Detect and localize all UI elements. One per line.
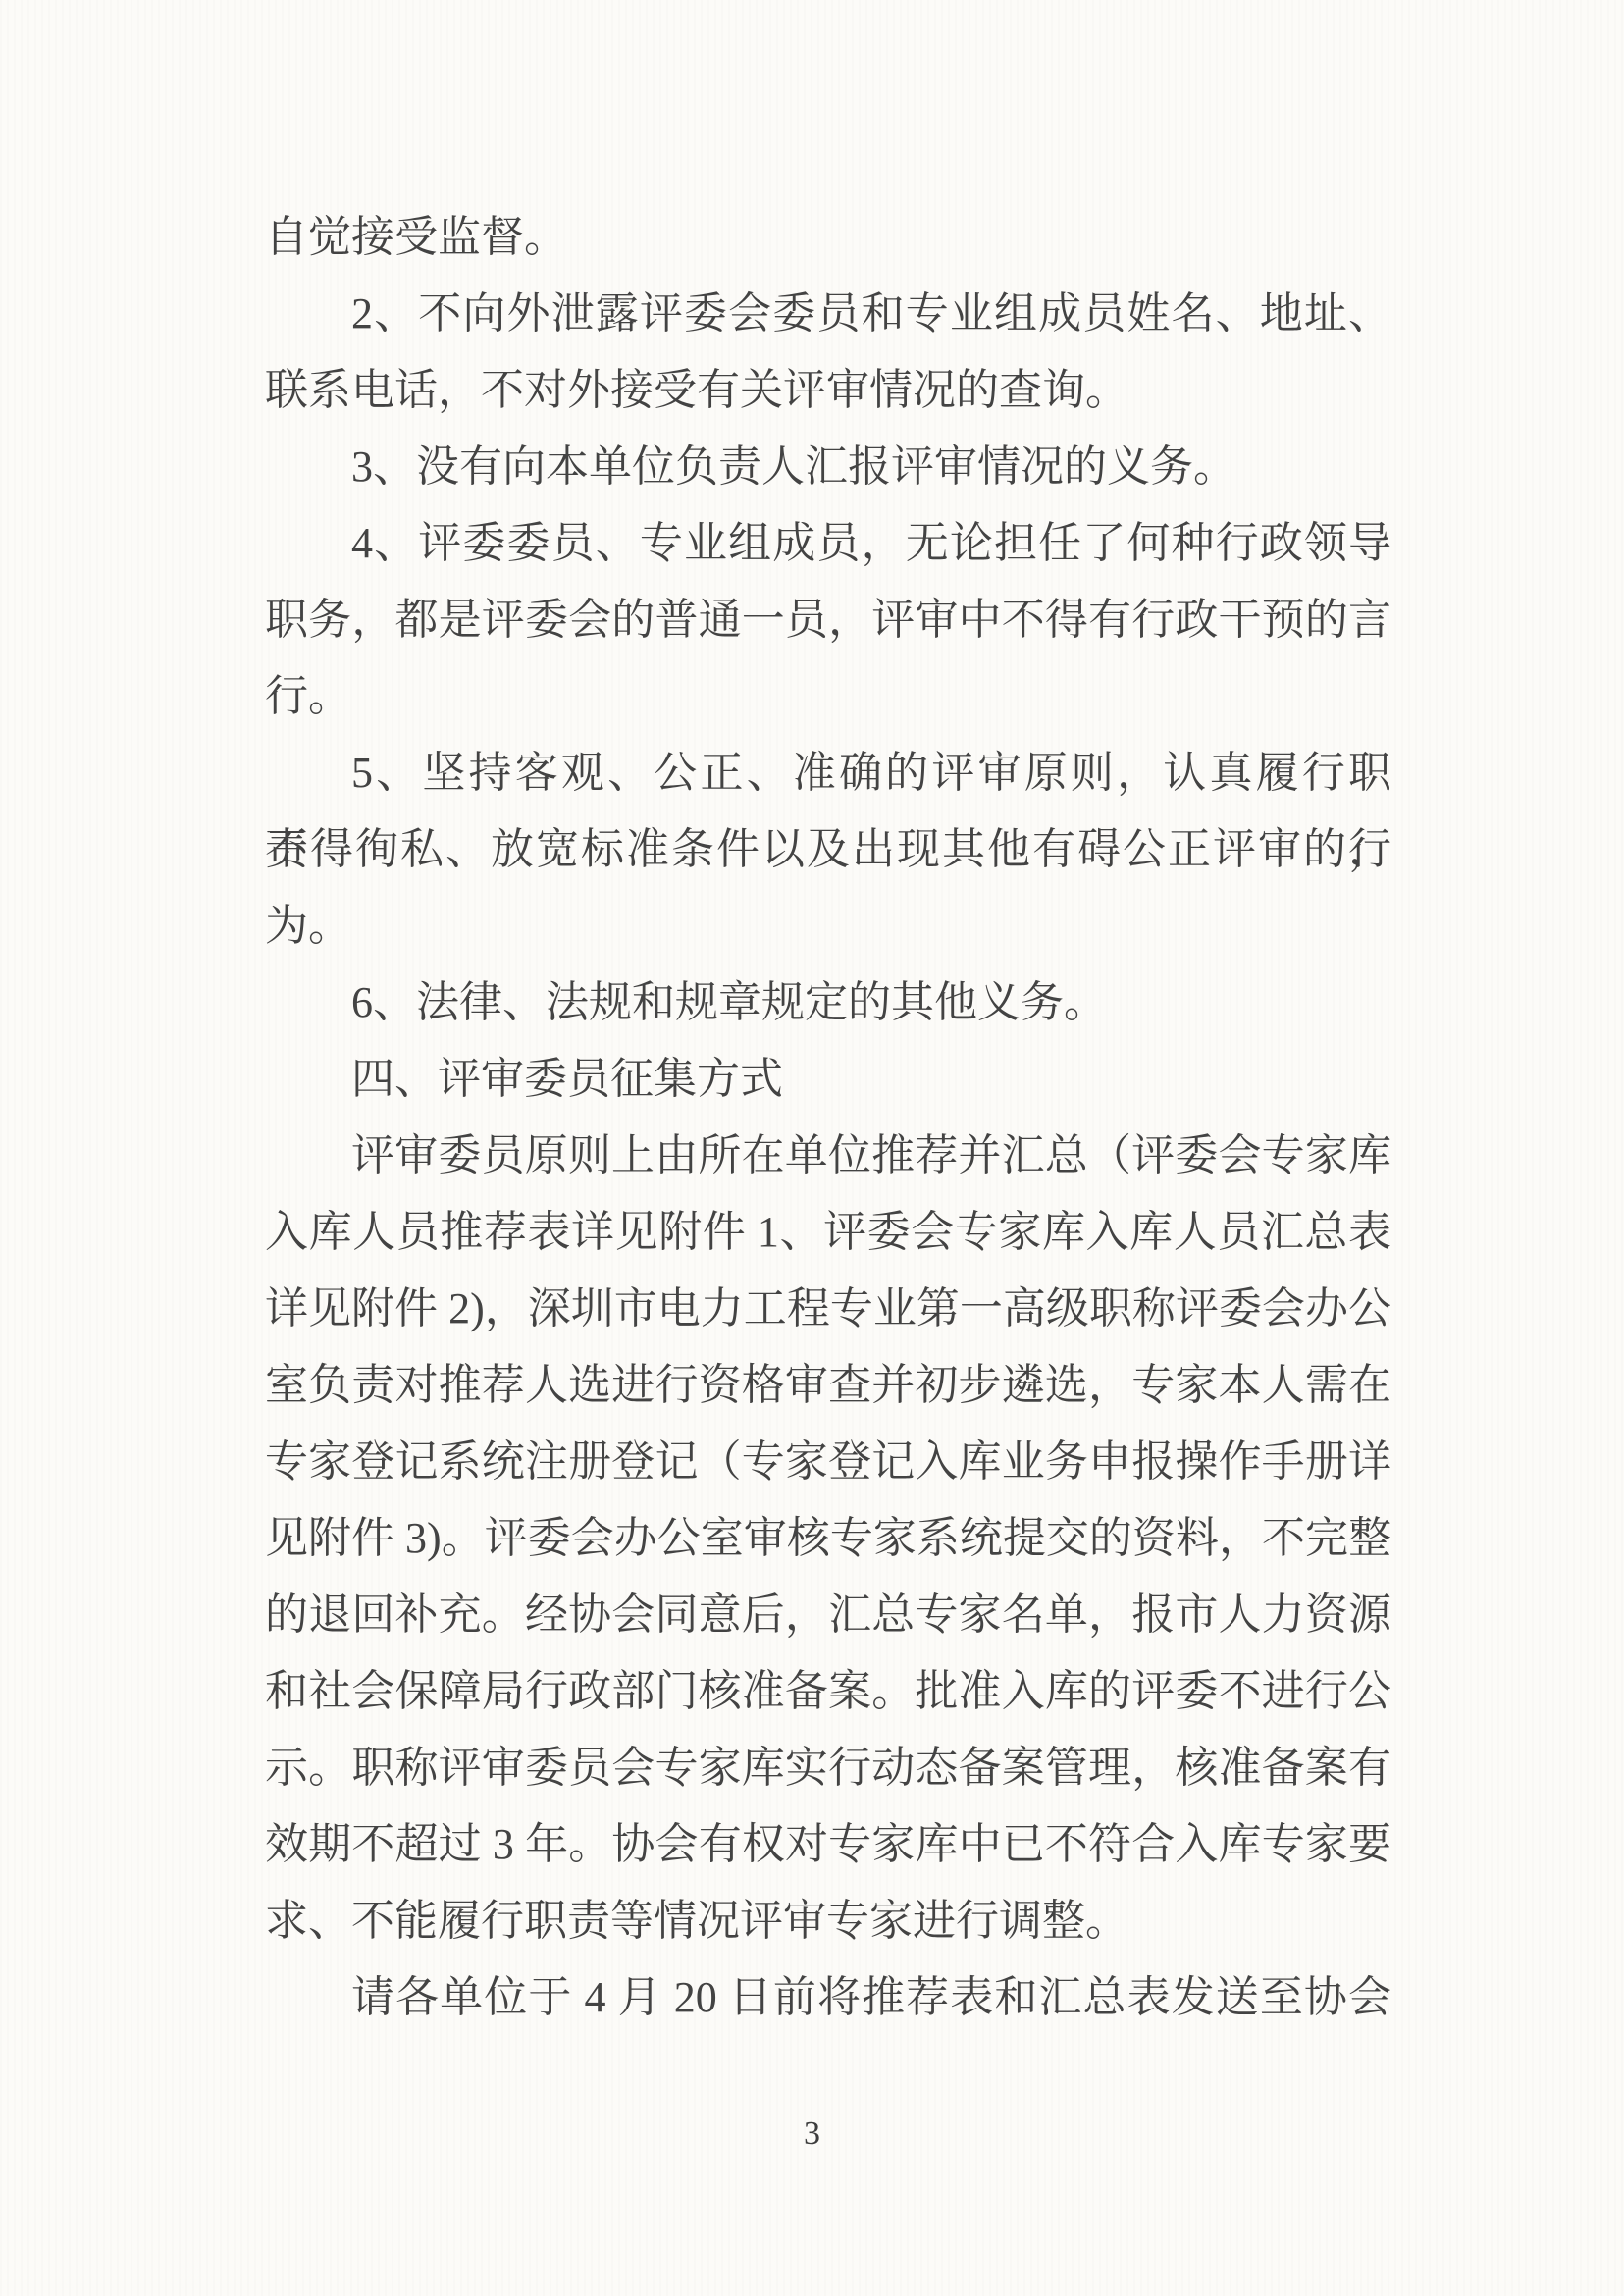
document-body: 自觉接受监督。2、不向外泄露评委会委员和专业组成员姓名、地址、联系电话，不对外接… <box>265 199 1391 2036</box>
text-line: 评审委员原则上由所在单位推荐并汇总（评委会专家库 <box>265 1118 1391 1194</box>
text-line: 为。 <box>265 888 1391 965</box>
text-line: 室负责对推荐人选进行资格审查并初步遴选，专家本人需在 <box>265 1347 1391 1424</box>
text-line: 专家登记系统注册登记（专家登记入库业务申报操作手册详 <box>265 1424 1391 1500</box>
text-line: 示。职称评审委员会专家库实行动态备案管理，核准备案有 <box>265 1730 1391 1806</box>
text-line: 四、评审委员征集方式 <box>265 1041 1391 1118</box>
page-number: 3 <box>0 2112 1624 2157</box>
text-line: 职务，都是评委会的普通一员，评审中不得有行政干预的言 <box>265 582 1391 658</box>
text-line: 和社会保障局行政部门核准备案。批准入库的评委不进行公 <box>265 1653 1391 1730</box>
text-line: 3、没有向本单位负责人汇报评审情况的义务。 <box>265 429 1391 505</box>
text-line: 行。 <box>265 658 1391 735</box>
text-line: 自觉接受监督。 <box>265 199 1391 276</box>
text-line: 求、不能履行职责等情况评审专家进行调整。 <box>265 1883 1391 1959</box>
text-line: 请各单位于 4 月 20 日前将推荐表和汇总表发送至协会 <box>265 1959 1391 2036</box>
text-line: 见附件 3)。评委会办公室审核专家系统提交的资料，不完整 <box>265 1500 1391 1577</box>
text-line: 联系电话，不对外接受有关评审情况的查询。 <box>265 352 1391 429</box>
text-line: 5、坚持客观、公正、准确的评审原则，认真履行职责， <box>265 735 1391 811</box>
text-line: 入库人员推荐表详见附件 1、评委会专家库入库人员汇总表 <box>265 1194 1391 1271</box>
text-line: 不得徇私、放宽标准条件以及出现其他有碍公正评审的行 <box>265 811 1391 888</box>
text-line: 2、不向外泄露评委会委员和专业组成员姓名、地址、 <box>265 276 1391 352</box>
document-page: 自觉接受监督。2、不向外泄露评委会委员和专业组成员姓名、地址、联系电话，不对外接… <box>0 0 1624 2296</box>
text-line: 4、评委委员、专业组成员，无论担任了何种行政领导 <box>265 505 1391 582</box>
text-line: 的退回补充。经协会同意后，汇总专家名单，报市人力资源 <box>265 1577 1391 1653</box>
text-line: 详见附件 2)，深圳市电力工程专业第一高级职称评委会办公 <box>265 1271 1391 1347</box>
text-line: 6、法律、法规和规章规定的其他义务。 <box>265 965 1391 1041</box>
text-line: 效期不超过 3 年。协会有权对专家库中已不符合入库专家要 <box>265 1806 1391 1883</box>
